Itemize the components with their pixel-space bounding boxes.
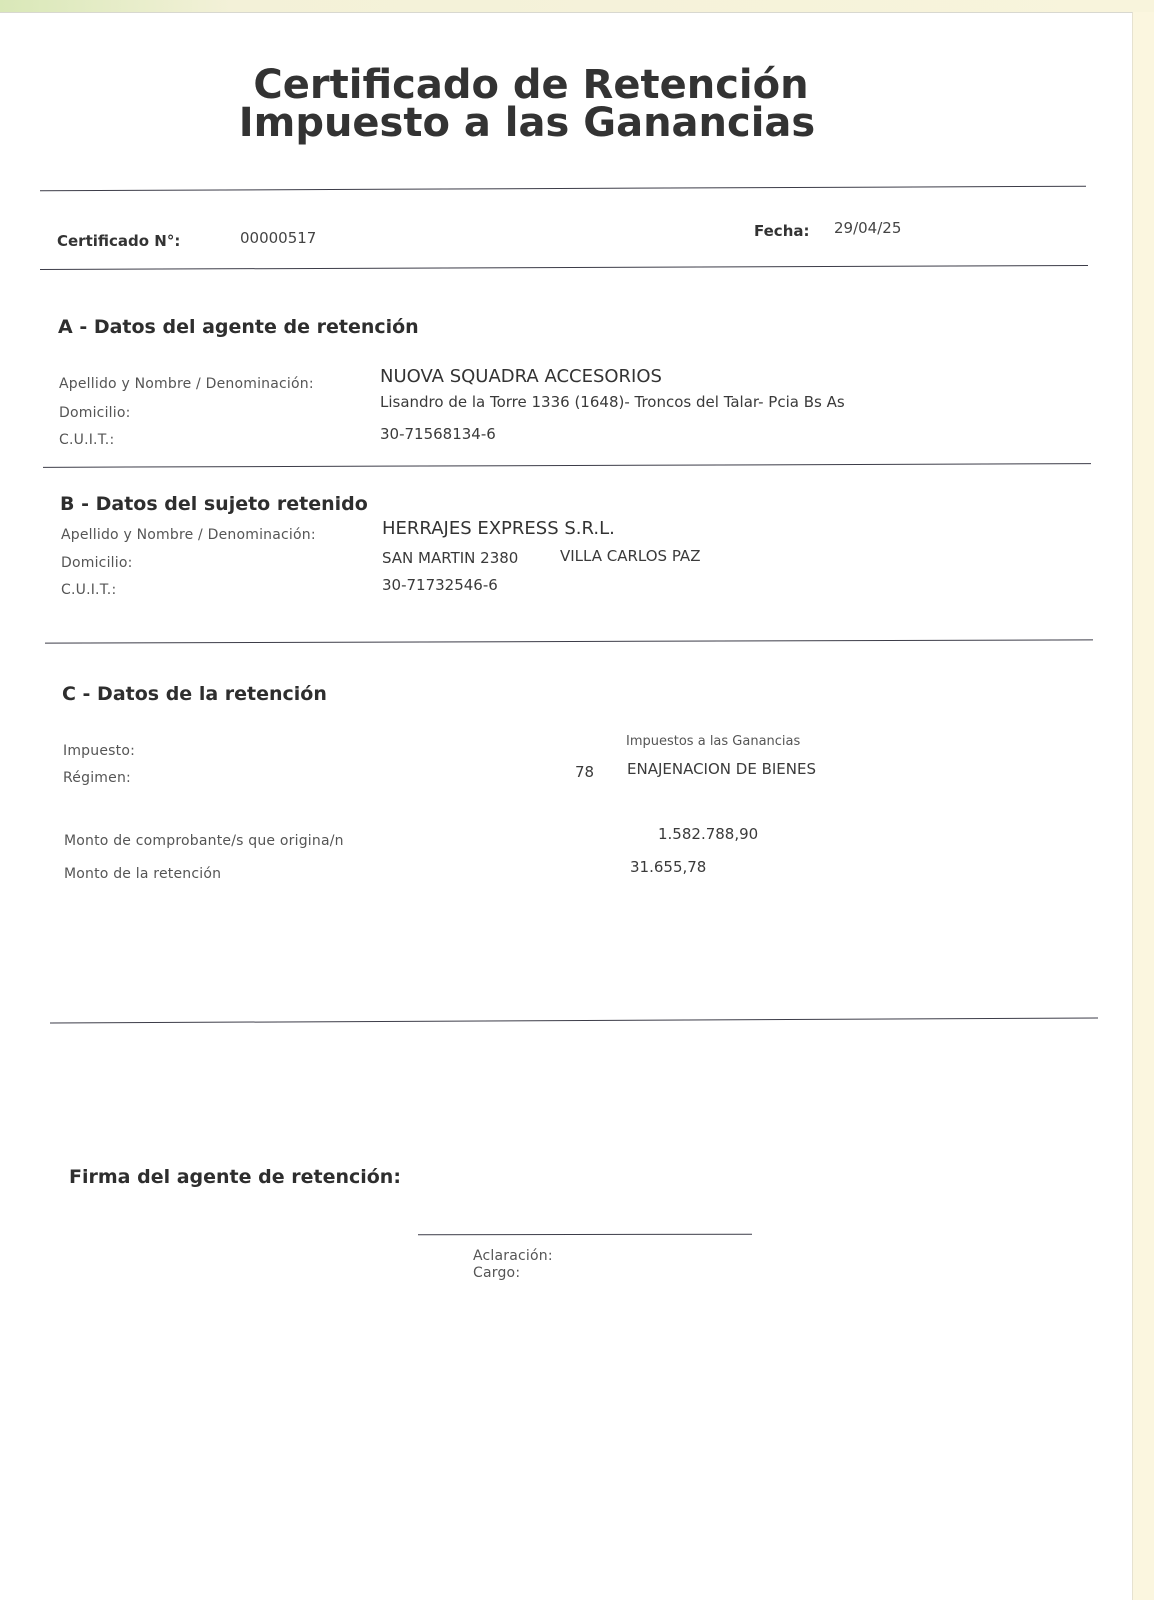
voucher-amount-label: Monto de comprobante/s que origina/n [64,833,344,849]
section-c-heading: C - Datos de la retención [62,683,327,705]
position-label: Cargo: [473,1265,520,1281]
scan-top-edge [0,0,1154,12]
agent-address-value: Lisandro de la Torre 1336 (1648)- Tronco… [380,393,845,411]
subject-name-value: HERRAJES EXPRESS S.R.L. [382,518,615,539]
agent-name-label: Apellido y Nombre / Denominación: [59,376,314,392]
subject-address-label: Domicilio: [61,555,133,571]
subject-cuit-value: 30-71732546-6 [382,576,498,594]
agent-cuit-label: C.U.I.T.: [59,432,114,448]
tax-value: Impuestos a las Ganancias [626,734,800,749]
retention-amount-value: 31.655,78 [630,858,706,876]
section-a-heading: A - Datos del agente de retención [58,316,419,338]
subject-address-street: SAN MARTIN 2380 [382,549,518,567]
subject-cuit-label: C.U.I.T.: [61,582,116,598]
retention-amount-label: Monto de la retención [64,866,221,882]
regime-code: 78 [575,763,594,781]
agent-name-value: NUOVA SQUADRA ACCESORIOS [380,366,662,387]
subject-address-city: VILLA CARLOS PAZ [560,547,700,565]
date-value: 29/04/25 [834,219,901,237]
subject-name-label: Apellido y Nombre / Denominación: [61,527,316,543]
certificate-page [0,12,1133,1600]
section-b-heading: B - Datos del sujeto retenido [60,493,368,515]
regime-value: ENAJENACION DE BIENES [627,760,816,778]
regime-label: Régimen: [63,770,131,786]
clarification-label: Aclaración: [473,1248,553,1264]
agent-cuit-value: 30-71568134-6 [380,425,496,443]
agent-address-label: Domicilio: [59,405,131,421]
certificate-number-label: Certificado N°: [57,232,180,250]
tax-label: Impuesto: [63,743,135,759]
date-label: Fecha: [754,222,810,240]
voucher-amount-value: 1.582.788,90 [658,825,758,843]
certificate-number-value: 00000517 [240,229,316,247]
signature-heading: Firma del agente de retención: [69,1166,401,1188]
title-line-2: Impuesto a las Ganancias [0,102,1054,144]
